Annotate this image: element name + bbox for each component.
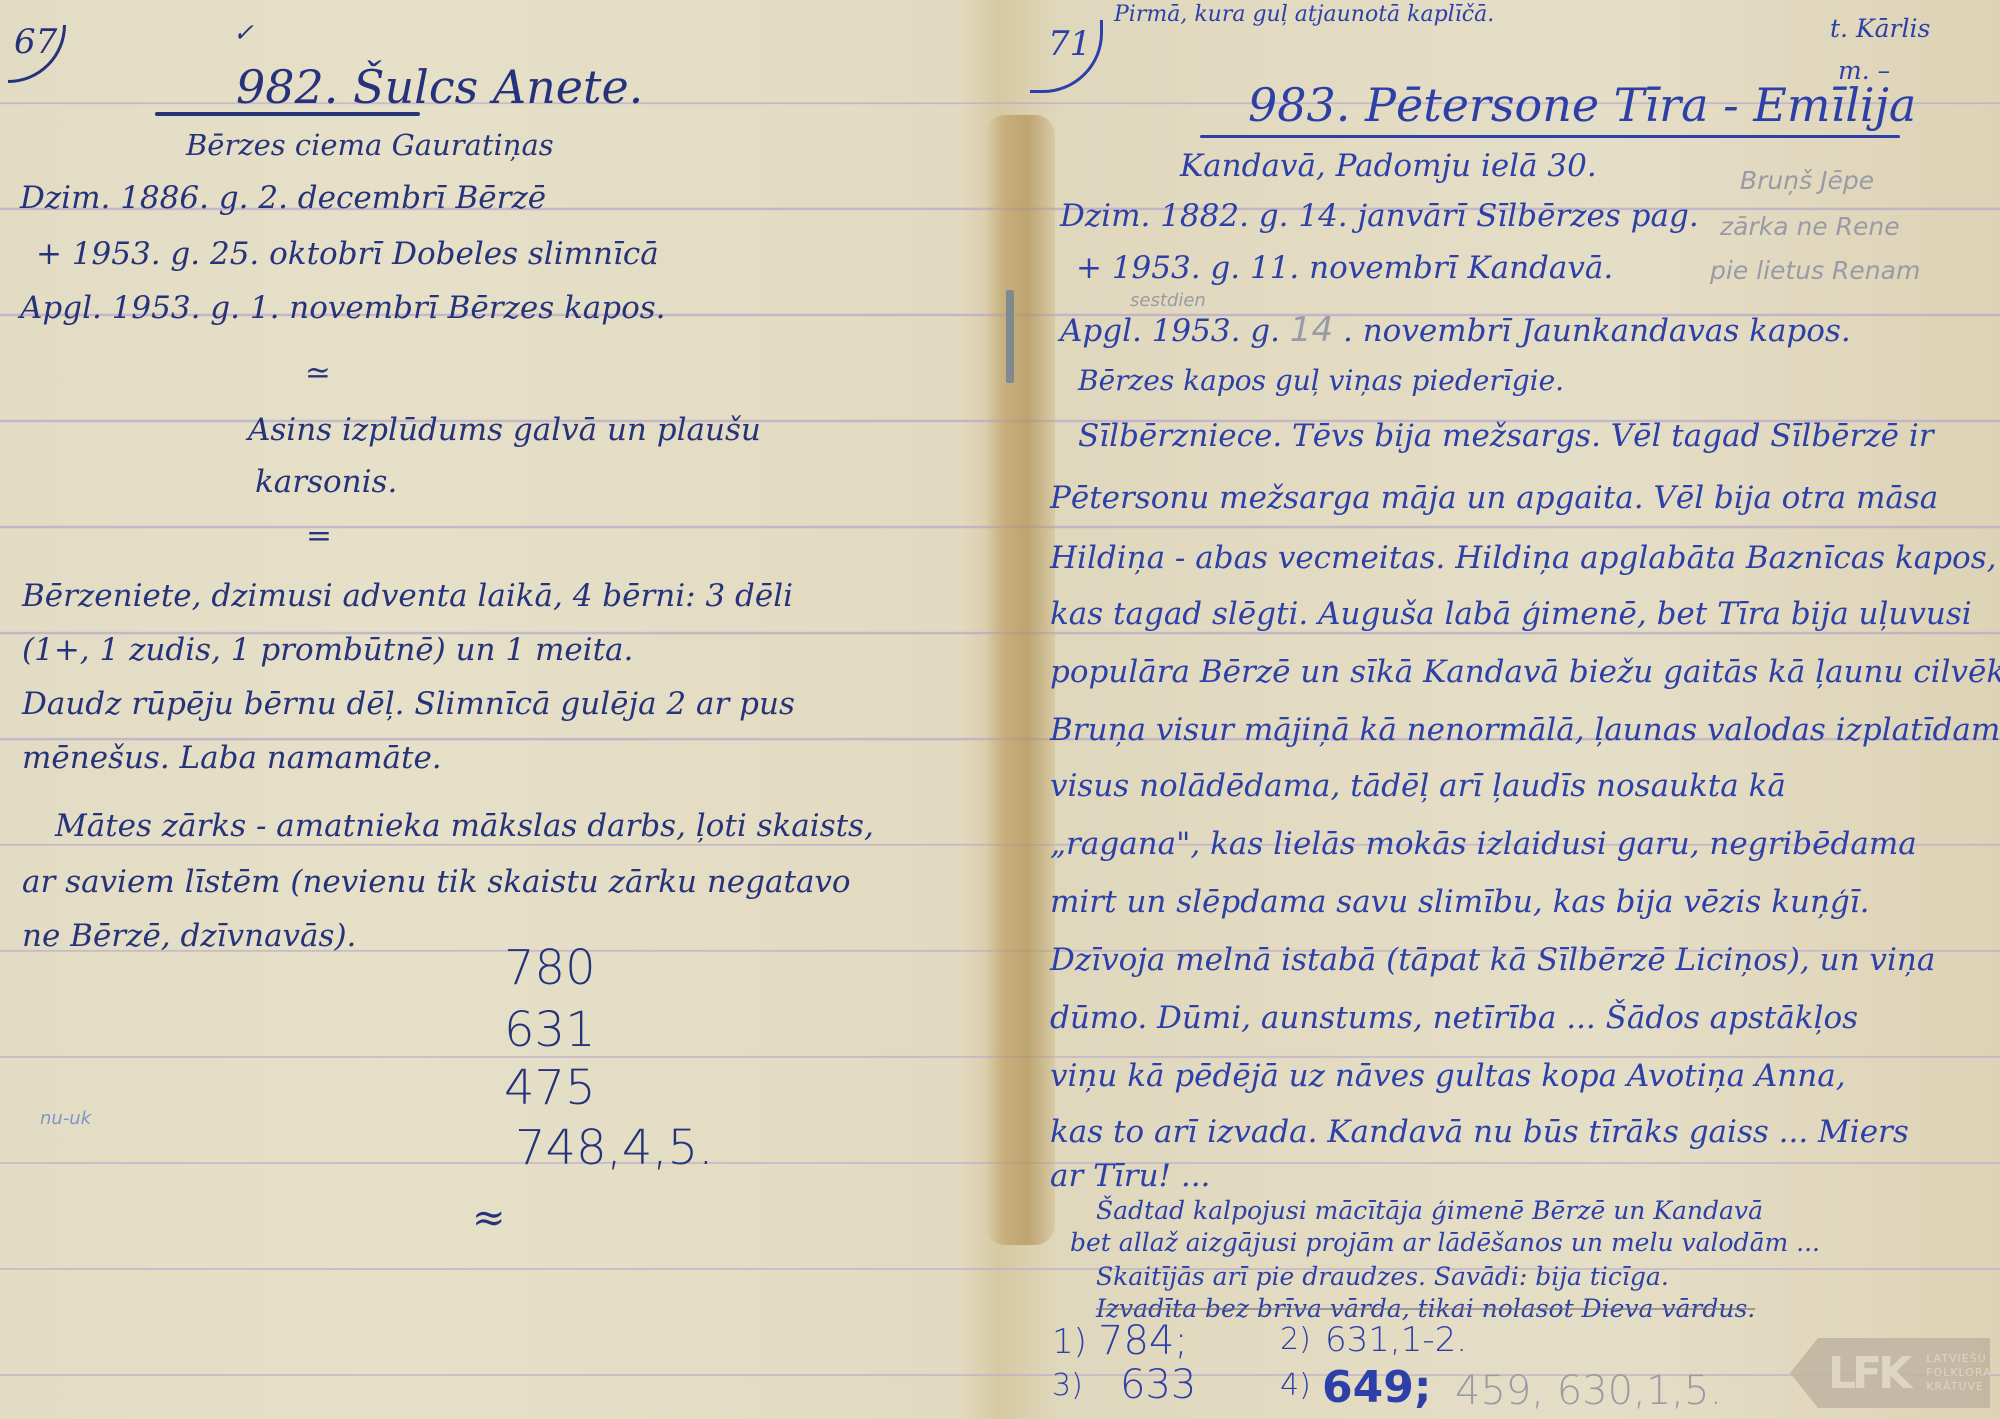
buried-prefix: Apgl. 1953. g.: [1060, 313, 1280, 349]
ref-label: 1): [1052, 1322, 1087, 1362]
archive-watermark: LFK LATVIEŠU FOLKLORAS KRĀTUVE: [1790, 1338, 1990, 1408]
ref-value: 649;: [1322, 1362, 1431, 1413]
closing-line-struck: Izvadīta bez brīva vārda, tikai nolasot …: [1096, 1294, 1755, 1323]
closing-line: Šadtad kalpojusi mācītāja ģimenē Bērzē u…: [1096, 1196, 1763, 1225]
entry-title: 983. Pētersone Tīra - Emīlija: [1248, 78, 1916, 132]
father-note: t. Kārlis: [1830, 14, 1930, 43]
born-line: Dzim. 1882. g. 14. janvārī Sīlbērzes pag…: [1060, 198, 1699, 234]
title-underline: [1200, 135, 1900, 138]
text-line: Bērzes kapos guļ viņas piederīgie.: [1078, 364, 1564, 397]
text-line: mēnešus. Laba namamāte.: [22, 740, 442, 776]
entry-title: 982. Šulcs Anete.: [236, 60, 643, 114]
location: Kandavā, Padomju ielā 30.: [1180, 148, 1597, 184]
text-line: „ragana", kas lielās mokās izlaidusi gar…: [1050, 826, 1917, 862]
ref-label: 2): [1280, 1322, 1311, 1357]
buried-suffix: . novembrī Jaunkandavas kapos.: [1343, 313, 1851, 349]
text-line: Mātes zārks - amatnieka mākslas darbs, ļ…: [55, 808, 874, 844]
born-line: Dzim. 1886. g. 2. decembrī Bērzē: [20, 180, 546, 216]
separator: ≈: [472, 1195, 506, 1241]
ref-label: 3): [1052, 1368, 1083, 1403]
page-number-circle: [8, 25, 66, 83]
archive-number: 475: [504, 1060, 596, 1116]
text-line: Pētersonu mežsarga māja un apgaita. Vēl …: [1050, 480, 1938, 516]
text-line: ar saviem līstēm (nevienu tik skaistu zā…: [22, 864, 851, 900]
text-line: Daudz rūpēju bērnu dēļ. Slimnīcā gulēja …: [22, 686, 795, 722]
location: Bērzes ciema Gauratiņas: [186, 128, 554, 162]
ref-value: 633: [1120, 1362, 1196, 1408]
pencil-note: pie lietus Renam: [1710, 256, 1920, 285]
text-line: mirt un slēpdama savu slimību, kas bija …: [1050, 884, 1870, 920]
check-mark: ✓: [233, 18, 254, 47]
closing-line: bet allaž aizgājusi projām ar lādēšanos …: [1070, 1228, 1820, 1257]
watermark-logo: LFK: [1828, 1348, 1908, 1399]
page-number-circle: [1030, 20, 1103, 93]
buried-line: Apgl. 1953. g. 1. novembrī Bērzes kapos.: [20, 290, 666, 326]
notebook-spread: 67 ✓ 982. Šulcs Anete. Bērzes ciema Gaur…: [0, 0, 2000, 1419]
buried-line: Apgl. 1953. g. 14 . novembrī Jaunkandava…: [1060, 310, 1851, 350]
text-line: (1+, 1 zudis, 1 prombūtnē) un 1 meita.: [22, 632, 633, 668]
text-line: Bērzeniete, dzimusi adventa laikā, 4 bēr…: [22, 578, 793, 614]
separator: ≃: [305, 355, 331, 391]
died-line: + 1953. g. 25. oktobrī Dobeles slimnīcā: [36, 236, 659, 272]
text-line: Dzīvoja melnā istabā (tāpat kā Sīlbērzē …: [1050, 942, 1935, 978]
archive-number: 748,4,5.: [515, 1120, 713, 1176]
text-line: kas tagad slēgti. Auguša labā ģimenē, be…: [1050, 596, 1972, 632]
archive-number: 631: [504, 1002, 596, 1058]
text-line: ar Tīru! ...: [1050, 1158, 1210, 1194]
staple-top: [1006, 290, 1014, 338]
cause-of-death-2: karsonis.: [255, 464, 397, 500]
cause-of-death-1: Asins izplūdums galvā un plaušu: [248, 412, 761, 448]
text-line: Hildiņa - abas vecmeitas. Hildiņa apglab…: [1050, 540, 1996, 576]
watermark-line: FOLKLORAS: [1926, 1366, 1999, 1380]
watermark-line: LATVIEŠU: [1926, 1352, 1999, 1366]
ref-label: 4): [1280, 1368, 1311, 1403]
top-note: Pirmā, kura guļ atjaunotā kaplīčā.: [1114, 2, 1494, 27]
watermark-line: KRĀTUVE: [1926, 1380, 1999, 1394]
ref-value: 784;: [1098, 1318, 1188, 1364]
archive-number: 780: [504, 940, 596, 996]
staple-bottom: [1006, 335, 1014, 383]
text-line: viņu kā pēdējā uz nāves gultas kopa Avot…: [1050, 1058, 1846, 1094]
pencil-note: sestdien: [1130, 290, 1206, 311]
text-line: kas to arī izvada. Kandavā nu būs tīrāks…: [1050, 1114, 1909, 1150]
text-line: ne Bērzē, dzīvnavās).: [22, 918, 356, 954]
separator: =: [306, 518, 332, 554]
right-page: 71 Pirmā, kura guļ atjaunotā kaplīčā. t.…: [1030, 0, 2000, 1419]
pencil-note: zārka ne Rene: [1720, 212, 1900, 241]
title-underline: [155, 112, 420, 116]
pencil-refs: 459, 630,1,5.: [1455, 1368, 1722, 1414]
text-line: dūmo. Dūmi, aunstums, netīrība ... Šādos…: [1050, 1000, 1858, 1036]
watermark-text: LATVIEŠU FOLKLORAS KRĀTUVE: [1926, 1352, 1999, 1394]
died-line: + 1953. g. 11. novembrī Kandavā.: [1076, 250, 1613, 286]
faint-ink-mark: nu-uk: [40, 1108, 91, 1129]
left-page: 67 ✓ 982. Šulcs Anete. Bērzes ciema Gaur…: [0, 0, 980, 1419]
pencil-note: Bruņš Jēpe: [1740, 166, 1874, 195]
ref-value: 631,1-2.: [1325, 1320, 1467, 1360]
closing-line: Skaitījās arī pie draudzes. Savādi: bija…: [1096, 1262, 1669, 1291]
buried-day-pencil: 14: [1290, 310, 1333, 350]
text-line: Sīlbērzniece. Tēvs bija mežsargs. Vēl ta…: [1078, 418, 1934, 454]
text-line: populāra Bērzē un sīkā Kandavā biežu gai…: [1050, 654, 2000, 690]
text-line: Bruņa visur mājiņā kā nenormālā, ļaunas …: [1050, 712, 2000, 748]
text-line: visus nolādēdama, tādēļ arī ļaudīs nosau…: [1050, 768, 1786, 804]
